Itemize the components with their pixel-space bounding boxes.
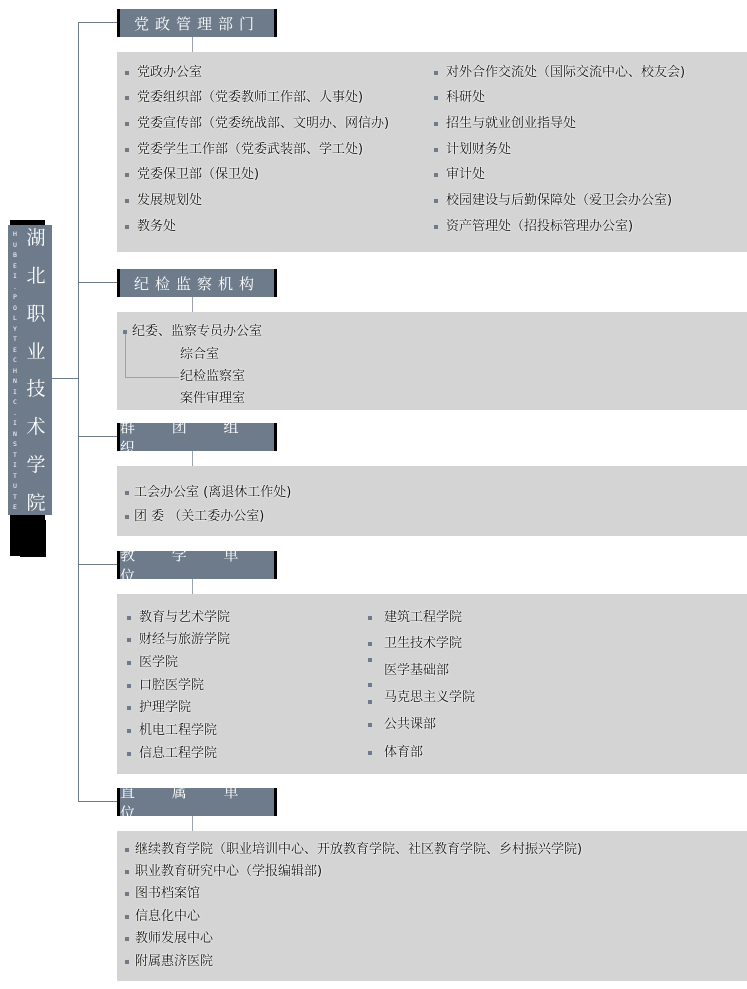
bullet-icon [368,642,372,646]
bullet-icon [125,848,129,852]
bullet-icon [125,199,129,203]
list-item: 审计处 [434,168,485,181]
bullet-icon [125,937,129,941]
branch-connector-4 [78,564,118,565]
bullet-icon [127,729,131,733]
root-connector [52,378,79,379]
list-item: 招生与就业创业指导处 [434,117,576,130]
list-item: 信息工程学院 [127,747,217,760]
bullet-icon [125,491,129,495]
branch-connector-3 [78,436,118,437]
list-item: 党委学生工作部（党委武装部、学工处) [125,143,363,156]
section-header-teaching-units: 教 学 单 位 [117,551,277,579]
trunk-connector [78,22,79,801]
sub-tree-connector-h [125,377,179,378]
root-chinese-name: 湖北 职业 技术 学院 [22,229,50,513]
list-item: 对外合作交流处（国际交流中心、校友会) [434,66,685,79]
bullet-icon [368,658,372,662]
list-item: 体育部 [368,746,423,759]
list-item: 职业教育研究中心（学报编辑部) [125,865,322,878]
branch-connector-5 [78,801,118,802]
section-header-party-admin: 党政管理部门 [117,9,277,37]
root-institution-card: HUB EI. POL YTE CHN IC. INS TIT UTE 湖北 职… [8,225,52,515]
list-item: 计划财务处 [434,143,511,156]
bullet-icon [125,870,129,874]
list-item: 建筑工程学院 [368,611,462,624]
bullet-icon [125,915,129,919]
list-item: 党政办公室 [125,66,202,79]
bullet-icon [125,515,129,519]
bullet-icon [368,616,372,620]
section-panel-affiliated-units: 继续教育学院（职业培训中心、开放教育学院、社区教育学院、乡村振兴学院) 职业教育… [117,831,747,981]
bullet-icon [125,173,129,177]
bullet-icon [368,723,372,727]
stem-2 [192,296,193,312]
section-header-mass-org: 群 团 组 织 [117,423,277,451]
root-english-name: HUB EI. POL YTE CHN IC. INS TIT UTE [9,231,21,511]
branch-connector-2 [78,282,118,283]
sub-item: 纪检监察室 [180,370,245,383]
list-item: 科研处 [434,91,485,104]
bullet-icon [127,661,131,665]
root-card-shadow-tail [20,520,46,557]
bullet-icon [434,96,438,100]
section-panel-party-admin: 党政办公室 党委组织部（党委教师工作部、人事处) 党委宣传部（党委统战部、文明办… [117,52,747,252]
list-item: 图书档案馆 [125,887,200,900]
bullet-icon [434,148,438,152]
section-header-affiliated-units: 直 属 单 位 [117,788,277,816]
list-item: 教务处 [125,220,176,233]
list-item: 资产管理处（招投标管理办公室) [434,220,633,233]
bullet-icon [368,751,372,755]
bullet-icon [127,684,131,688]
section-panel-mass-org: 工会办公室 (离退休工作处) 团 委 （关工委办公室) [117,466,747,536]
bullet-icon [125,71,129,75]
bullet-icon [368,683,372,687]
bullet-icon [125,892,129,896]
bullet-icon [434,173,438,177]
bullet-icon [127,752,131,756]
bullet-icon [368,700,372,704]
list-item: 信息化中心 [125,910,200,923]
section-panel-teaching-units: 教育与艺术学院 财经与旅游学院 医学院 口腔医学院 护理学院 机电工程学院 信息… [117,594,747,774]
list-item: 党委宣传部（党委统战部、文明办、网信办) [125,117,389,130]
list-item: 机电工程学院 [127,724,217,737]
list-item: 医学院 [127,656,178,669]
bullet-icon [125,96,129,100]
bullet-icon [125,148,129,152]
list-item: 马克思主义学院 [384,691,475,704]
list-item: 团 委 （关工委办公室) [125,510,264,523]
list-item-main: 纪委、监察专员办公室 [123,325,262,338]
bullet-icon [125,225,129,229]
bullet-icon [127,616,131,620]
bullet-icon [434,199,438,203]
bullet-icon [434,122,438,126]
list-item: 教育与艺术学院 [127,611,230,624]
bullet-icon [123,330,127,334]
list-item: 教师发展中心 [125,932,213,945]
bullet-icon [127,706,131,710]
bullet-icon [125,960,129,964]
list-item: 校园建设与后勤保障处（爱卫会办公室) [434,194,672,207]
branch-connector-1 [78,22,118,23]
bullet-icon [434,71,438,75]
bullet-icon [434,225,438,229]
section-header-discipline: 纪检监察机构 [117,269,277,297]
sub-item: 综合室 [180,348,219,361]
list-item: 发展规划处 [125,194,202,207]
bullet-icon [125,122,129,126]
list-item: 财经与旅游学院 [127,633,230,646]
sub-tree-connector [125,334,126,377]
section-panel-discipline: 纪委、监察专员办公室 综合室 纪检监察室 案件审理室 [117,312,747,410]
list-item: 口腔医学院 [127,679,204,692]
list-item: 卫生技术学院 [368,637,462,650]
list-item: 继续教育学院（职业培训中心、开放教育学院、社区教育学院、乡村振兴学院) [125,843,582,856]
list-item: 党委保卫部（保卫处) [125,168,259,181]
list-item: 附属惠济医院 [125,955,213,968]
bullet-icon [127,638,131,642]
list-item: 公共课部 [368,718,436,731]
list-item: 医学基础部 [384,664,449,677]
stem-1 [192,36,193,52]
list-item: 工会办公室 (离退休工作处) [125,486,291,499]
list-item: 护理学院 [127,701,191,714]
sub-item: 案件审理室 [180,392,245,405]
list-item: 党委组织部（党委教师工作部、人事处) [125,91,363,104]
